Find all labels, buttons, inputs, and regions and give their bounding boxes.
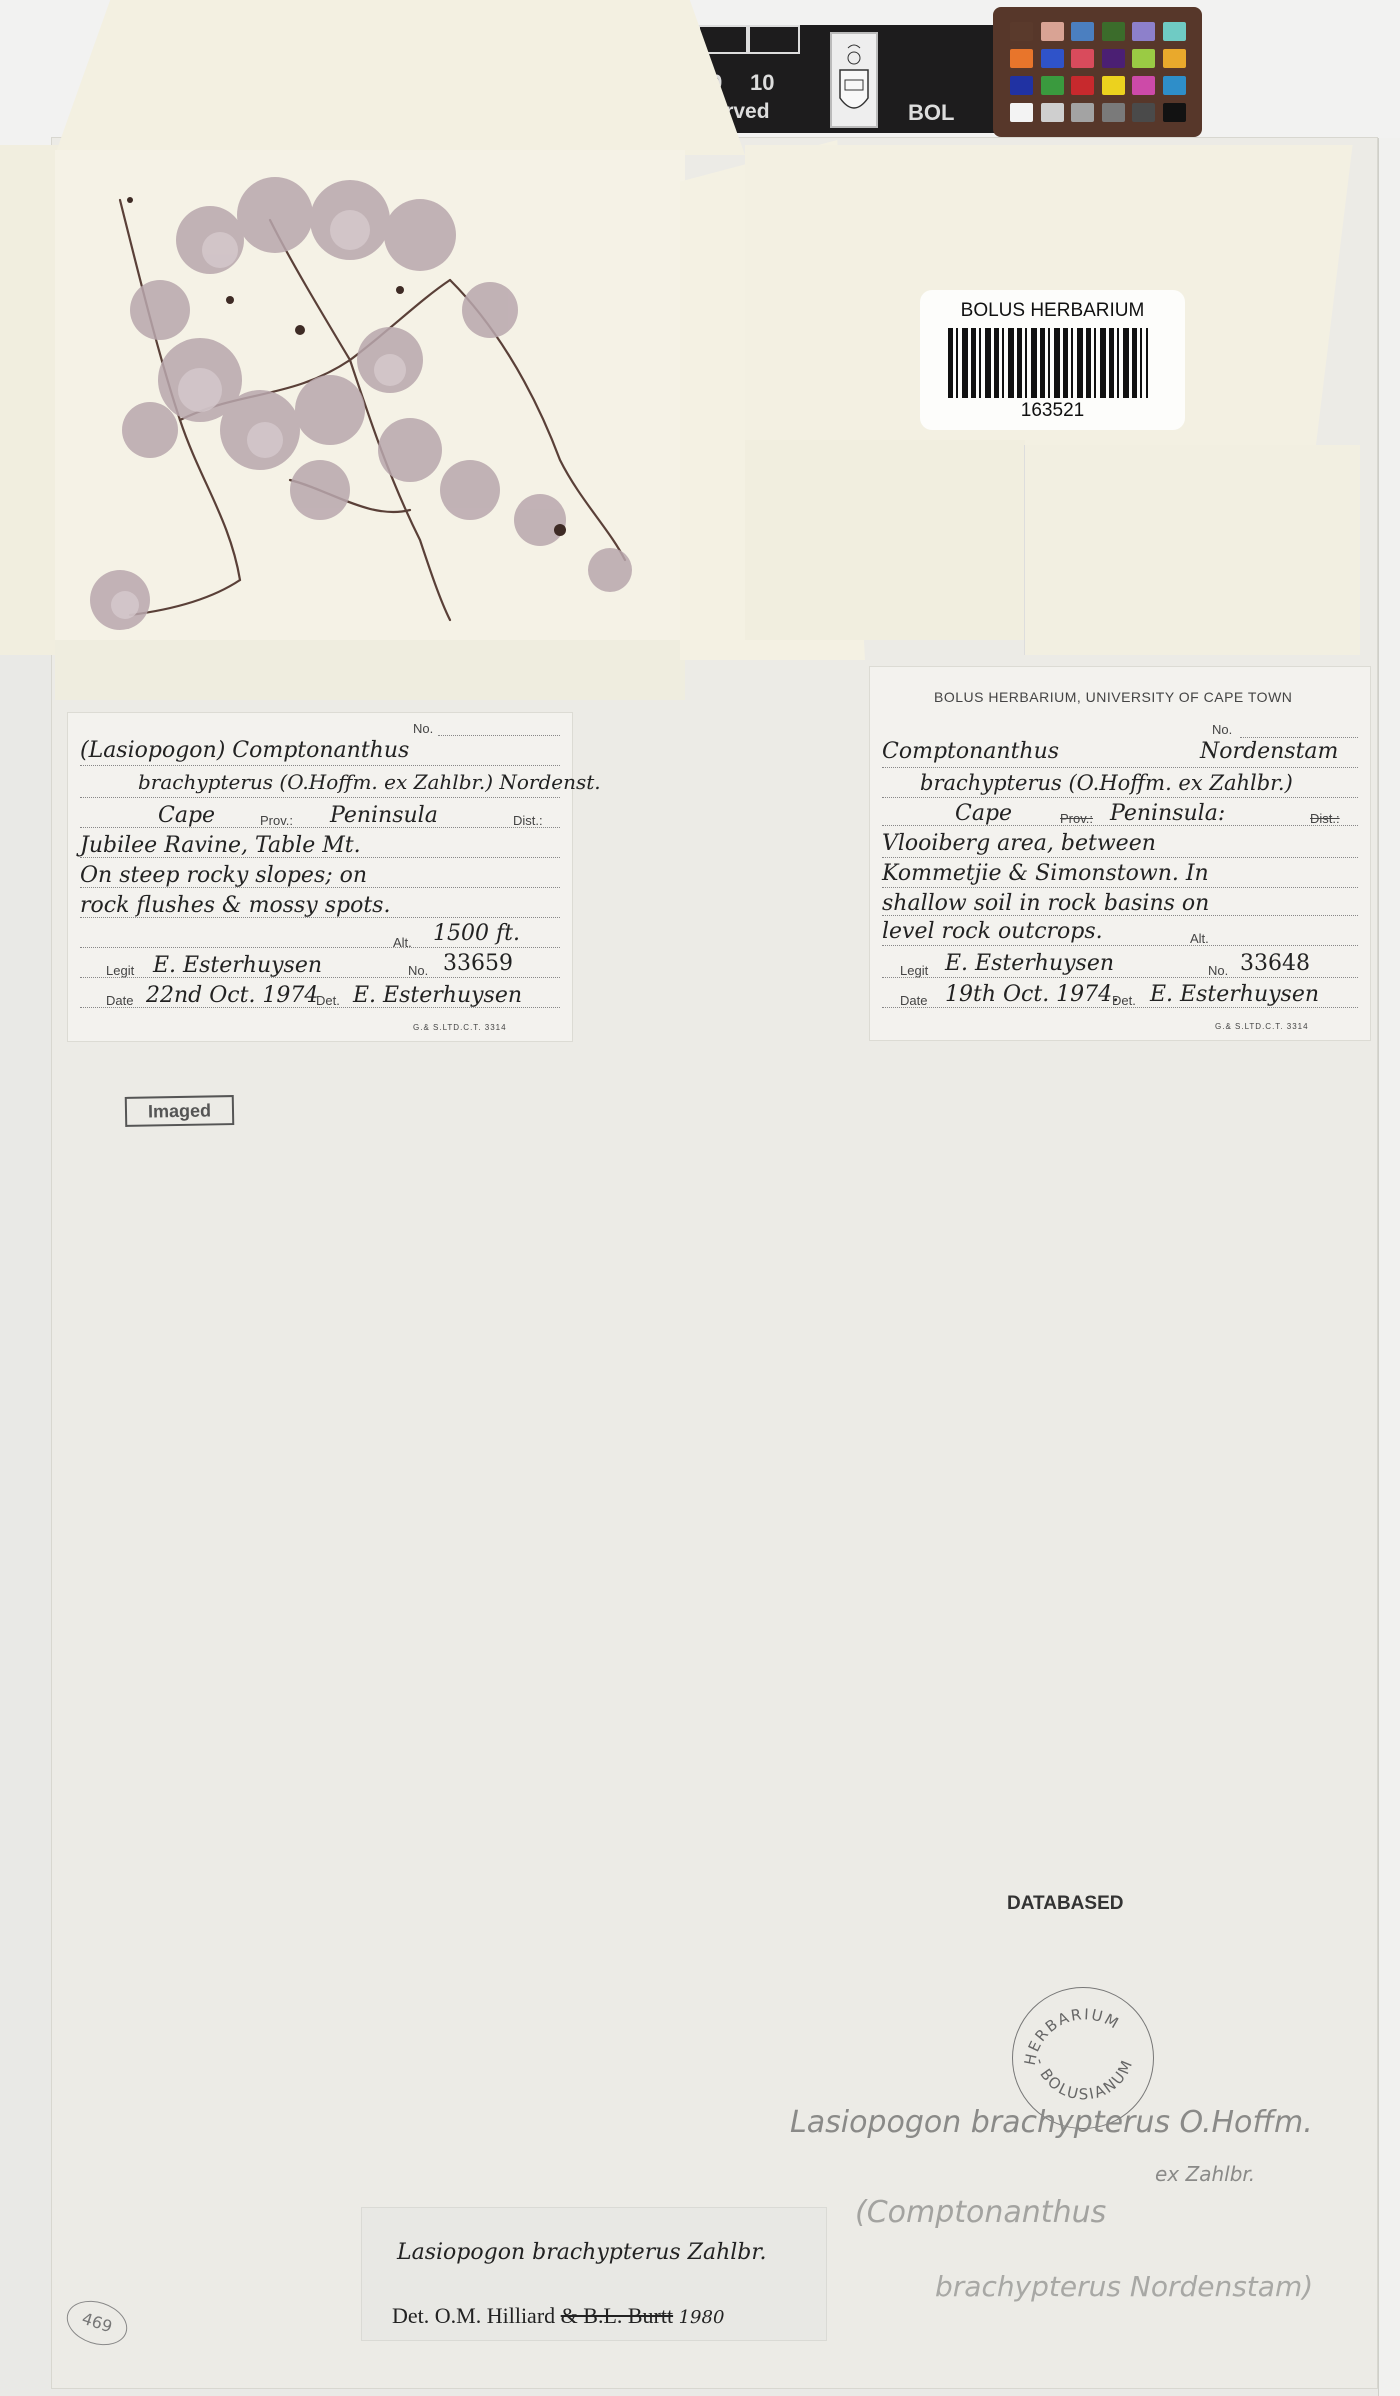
collector-number: 33648 — [1240, 951, 1310, 976]
color-swatch — [1102, 76, 1125, 95]
determination-slip: Lasiopogon brachypterus Zahlbr. Det. O.M… — [362, 2208, 826, 2340]
color-swatch — [1102, 22, 1125, 41]
barcode-icon — [948, 328, 1148, 398]
pencil-annotation-line3: (Comptonanthus — [855, 2195, 1106, 2230]
color-swatch — [1010, 22, 1033, 41]
barcode-number: 163521 — [920, 400, 1185, 422]
field-label: Prov.: — [260, 813, 293, 828]
rule-line — [882, 977, 1358, 978]
field-label: No. — [408, 963, 428, 978]
rule-line — [80, 827, 560, 828]
field-label: No. — [413, 721, 433, 736]
ruler-number: 10 — [750, 70, 774, 96]
color-swatch — [1010, 49, 1033, 68]
color-swatch — [1071, 22, 1094, 41]
determiner-name: Det. O.M. Hilliard — [392, 2303, 555, 2328]
rule-line — [80, 947, 560, 948]
collection-label-left: No. (Lasiopogon) Comptonanthus brachypte… — [68, 713, 572, 1041]
habitat: On steep rocky slopes; on — [80, 863, 367, 888]
svg-text:HERBARIUM: HERBARIUM — [1021, 2005, 1123, 2067]
field-label: Prov.: — [1060, 811, 1093, 826]
determination-year: 1980 — [679, 2307, 725, 2328]
district-value: Peninsula — [330, 803, 438, 828]
color-swatch — [1132, 22, 1155, 41]
color-swatch — [1163, 76, 1186, 95]
pencil-annotation-line2: ex Zahlbr. — [1155, 2162, 1255, 2186]
color-swatch — [1132, 103, 1155, 122]
rule-line — [882, 1007, 1358, 1008]
color-swatch — [1041, 76, 1064, 95]
sheet-edge — [1378, 138, 1400, 2396]
locality: Vlooiberg area, between — [882, 831, 1156, 856]
field-label: Det. — [1112, 993, 1136, 1008]
collection-label-right: BOLUS HERBARIUM, UNIVERSITY OF CAPE TOWN… — [870, 667, 1370, 1040]
color-calibration-chart — [993, 7, 1202, 137]
color-swatch — [1102, 49, 1125, 68]
determiner-line: Det. O.M. Hilliard & B.L. Burtt 1980 — [392, 2303, 724, 2329]
struck-determiner: & B.L. Burtt — [561, 2303, 673, 2328]
province-value: Cape — [158, 803, 215, 828]
taxon-author: Nordenstam — [1200, 739, 1338, 764]
color-swatch — [1163, 103, 1186, 122]
field-label: Det. — [316, 993, 340, 1008]
color-swatch — [1071, 76, 1094, 95]
date-value: 19th Oct. 1974. — [945, 982, 1119, 1007]
determiner-value: E. Esterhuysen — [1150, 982, 1319, 1007]
color-swatch — [1010, 103, 1033, 122]
determiner-value: E. Esterhuysen — [353, 983, 522, 1008]
color-swatch — [1132, 76, 1155, 95]
scale-block — [746, 25, 800, 54]
field-label: Dist.: — [1310, 811, 1340, 826]
collector-number: 33659 — [443, 951, 513, 976]
color-swatch — [1163, 22, 1186, 41]
rule-line — [1240, 737, 1358, 738]
collector-value: E. Esterhuysen — [153, 953, 322, 978]
collector-value: E. Esterhuysen — [945, 951, 1114, 976]
field-label: Alt. — [1190, 931, 1209, 946]
field-label: Legit — [106, 963, 134, 978]
printer-mark: G.& S.LTD.C.T. 3314 — [413, 1023, 507, 1032]
barcode-title: BOLUS HERBARIUM — [920, 300, 1185, 322]
field-label: Date — [106, 993, 133, 1008]
rule-line — [80, 977, 560, 978]
field-label: No. — [1212, 722, 1232, 737]
color-swatch — [1041, 103, 1064, 122]
color-swatch — [1041, 49, 1064, 68]
rule-line — [80, 857, 560, 858]
habitat: rock flushes & mossy spots. — [80, 893, 390, 918]
pencil-annotation-line4: brachypterus Nordenstam) — [935, 2270, 1313, 2303]
envelope-lower-left — [745, 440, 1025, 640]
determined-name: Lasiopogon brachypterus Zahlbr. — [397, 2240, 766, 2265]
color-swatch — [1071, 49, 1094, 68]
uct-crest-icon — [830, 32, 878, 128]
color-swatch — [1102, 103, 1125, 122]
databased-stamp: DATABASED — [1007, 1893, 1123, 1915]
locality: Kommetjie & Simonstown. In — [882, 861, 1209, 886]
packet-side-flap — [0, 145, 60, 655]
label-header: BOLUS HERBARIUM, UNIVERSITY OF CAPE TOWN — [934, 689, 1292, 705]
field-label: Date — [900, 993, 927, 1008]
envelope-lower-right — [1025, 445, 1360, 655]
packet-bottom-flap — [55, 640, 685, 700]
habitat: shallow soil in rock basins on — [882, 891, 1209, 916]
institution-code: BOL — [908, 100, 954, 126]
rule-line — [882, 887, 1358, 888]
dried-plant-specimen — [90, 160, 650, 640]
habitat: level rock outcrops. — [882, 919, 1103, 944]
pencil-annotation-line1: Lasiopogon brachypterus O.Hoffm. — [790, 2105, 1313, 2140]
rule-line — [882, 945, 1358, 946]
field-label: No. — [1208, 963, 1228, 978]
province-value: Cape — [955, 801, 1012, 826]
district-value: Peninsula: — [1110, 801, 1225, 826]
rule-line — [882, 857, 1358, 858]
rule-line — [80, 765, 560, 766]
printer-mark: G.& S.LTD.C.T. 3314 — [1215, 1022, 1309, 1031]
rule-line — [882, 915, 1358, 916]
field-label: Legit — [900, 963, 928, 978]
rule-line — [882, 825, 1358, 826]
color-swatch — [1071, 103, 1094, 122]
taxon-name-line2: brachypterus (O.Hoffm. ex Zahlbr.) Norde… — [138, 770, 601, 794]
color-swatch — [1010, 76, 1033, 95]
imaged-stamp: Imaged — [125, 1095, 235, 1127]
taxon-name-line2: brachypterus (O.Hoffm. ex Zahlbr.) — [920, 771, 1293, 795]
rule-line — [882, 767, 1358, 768]
taxon-name: Comptonanthus — [882, 739, 1059, 764]
rule-line — [80, 917, 560, 918]
locality: Jubilee Ravine, Table Mt. — [80, 833, 361, 858]
rule-line — [80, 797, 560, 798]
altitude-value: 1500 ft. — [433, 921, 520, 946]
color-swatch — [1041, 22, 1064, 41]
barcode-label: BOLUS HERBARIUM 163521 — [920, 290, 1185, 430]
rule-line — [80, 1007, 560, 1008]
taxon-name: (Lasiopogon) Comptonanthus — [80, 738, 409, 763]
color-swatch — [1163, 49, 1186, 68]
color-swatch — [1132, 49, 1155, 68]
field-label: Dist.: — [513, 813, 543, 828]
rule-line — [882, 797, 1358, 798]
rule-line — [80, 887, 560, 888]
rule-line — [438, 735, 560, 736]
packet-top-flap — [55, 0, 745, 155]
date-value: 22nd Oct. 1974 — [146, 983, 318, 1008]
